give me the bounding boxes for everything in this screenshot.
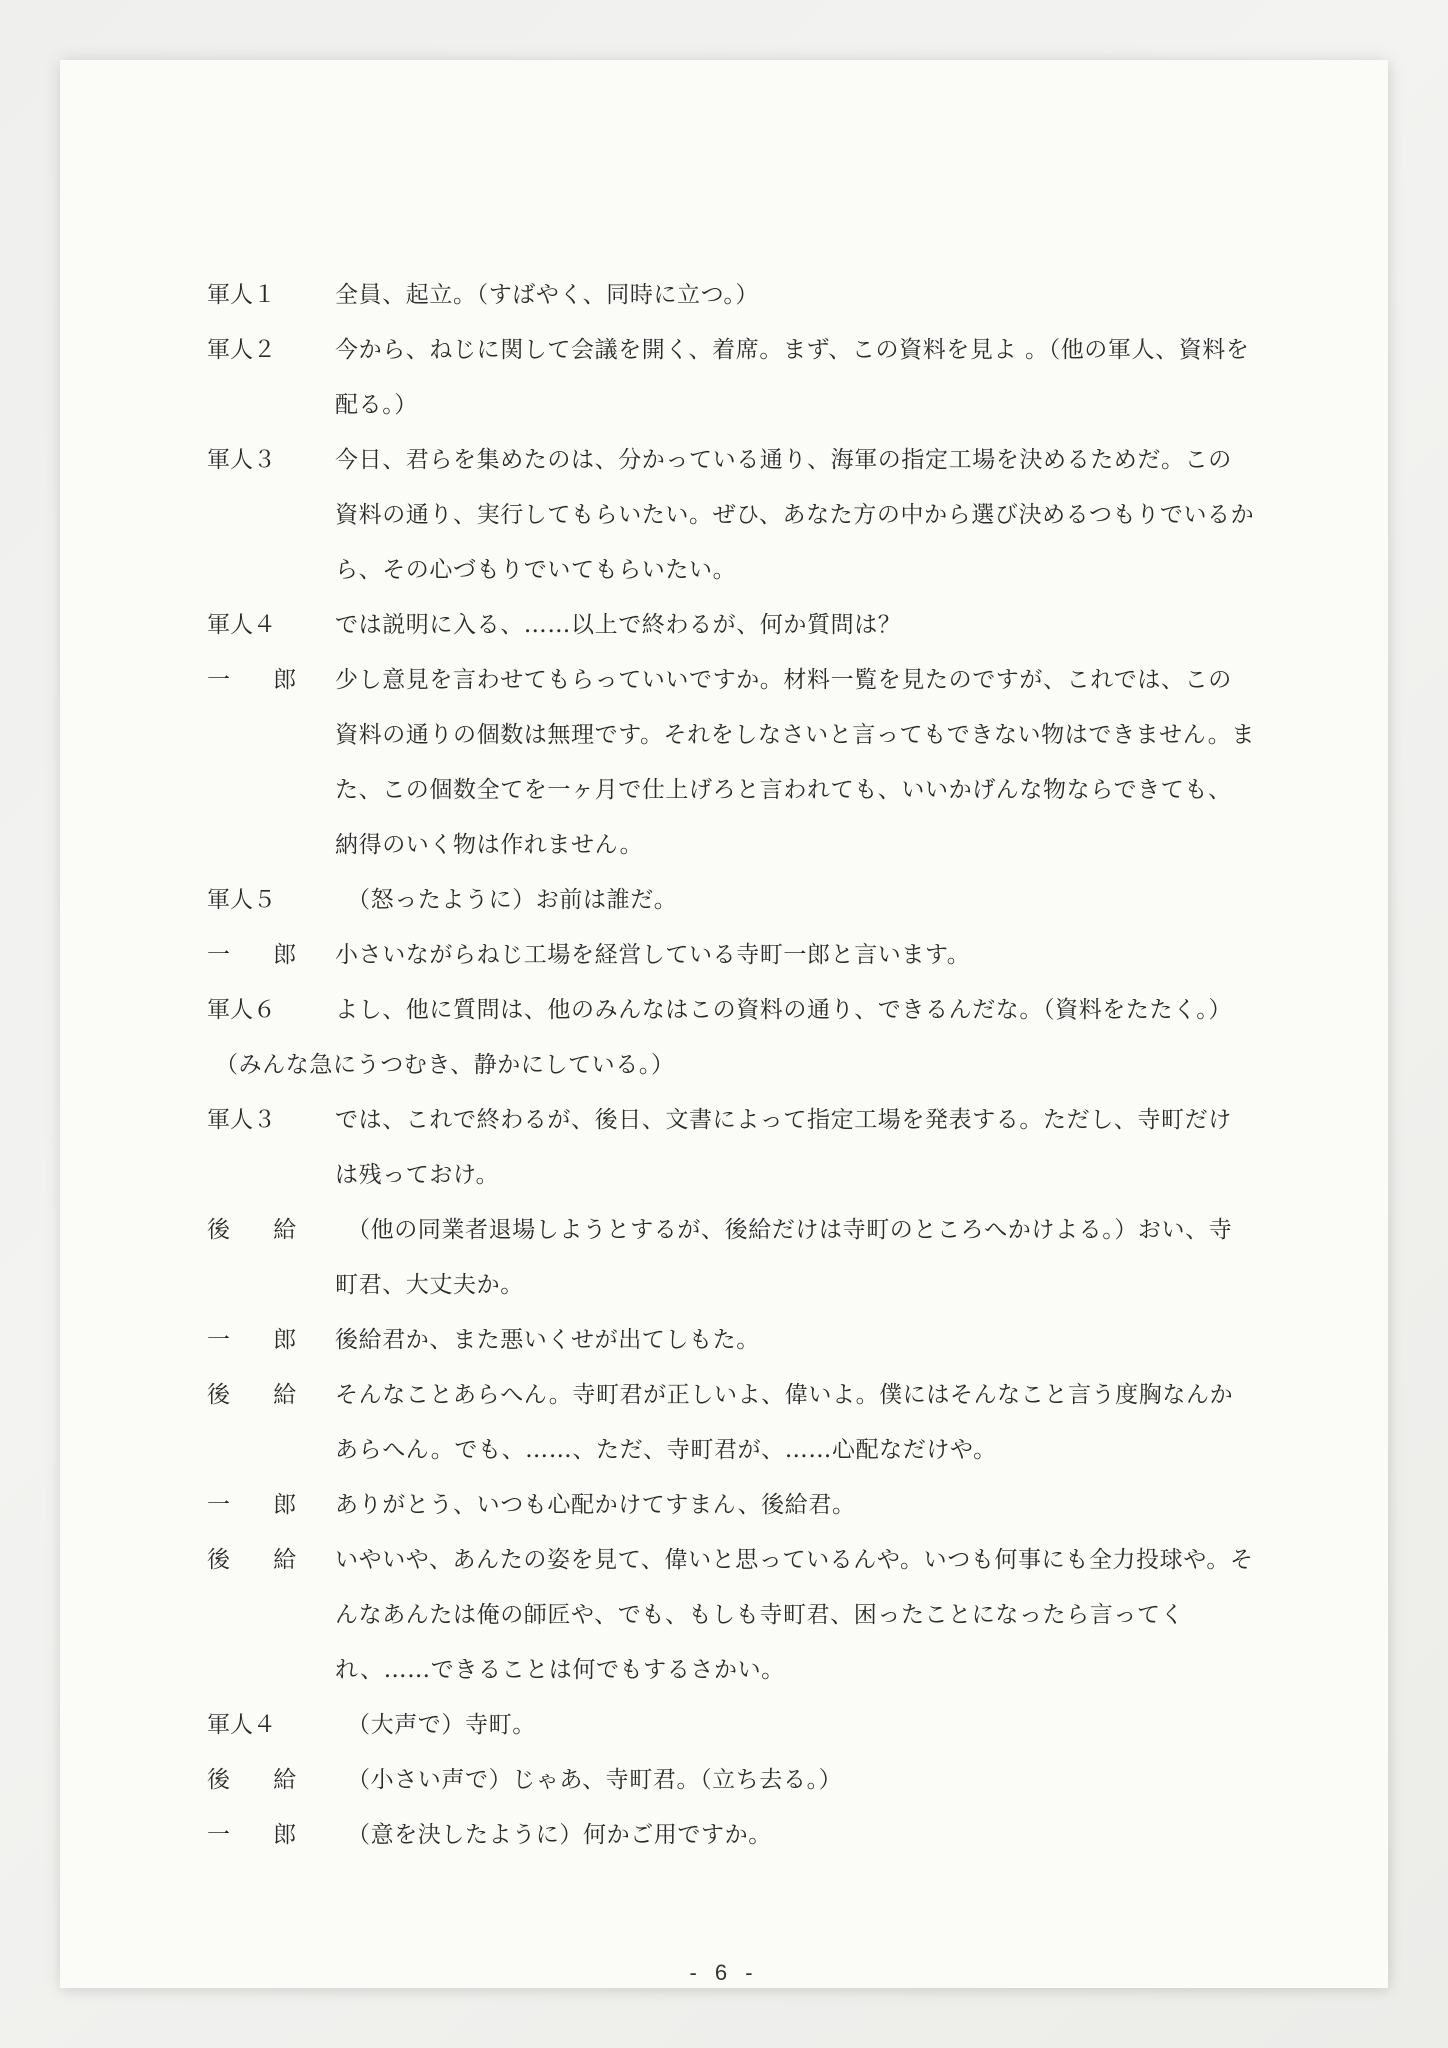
speaker-name: 後 給 xyxy=(207,1533,335,1588)
speaker-name: 軍人６ xyxy=(207,983,335,1038)
page-number: - 6 - xyxy=(60,1960,1388,1986)
speaker-name: 軍人２ xyxy=(207,323,335,378)
speaker-name: 一 郎 xyxy=(207,653,335,708)
dialogue-line: 軍人４ では説明に入る、……以上で終わるが、何か質問は？ xyxy=(207,598,1307,653)
dialogue-line: 後 給 （小さい声で）じゃあ、寺町君。（立ち去る。） xyxy=(207,1753,1307,1808)
dialogue-text: ありがとう、いつも心配かけてすまん、後給君。 xyxy=(335,1478,1255,1533)
dialogue-line: 軍人２ 今から、ねじに関して会議を開く、着席。まず、この資料を見よ 。（他の軍人… xyxy=(207,323,1307,433)
speaker-name: 後 給 xyxy=(207,1203,335,1258)
dialogue-text: （大声で）寺町。 xyxy=(335,1698,1255,1753)
speaker-name: 後 給 xyxy=(207,1368,335,1423)
speaker-name: 軍人３ xyxy=(207,1093,335,1148)
script-body: 軍人１ 全員、起立。（すばやく、同時に立つ。） 軍人２ 今から、ねじに関して会議… xyxy=(207,268,1307,1863)
speaker-name: 軍人５ xyxy=(207,873,335,928)
dialogue-line: 後 給 （他の同業者退場しようとするが、後給だけは寺町のところへかけよる。）おい… xyxy=(207,1203,1307,1313)
speaker-name: 軍人１ xyxy=(207,268,335,323)
dialogue-text: そんなことあらへん。寺町君が正しいよ、偉いよ。僕にはそんなこと言う度胸なんかあら… xyxy=(335,1368,1255,1478)
document-page: 軍人１ 全員、起立。（すばやく、同時に立つ。） 軍人２ 今から、ねじに関して会議… xyxy=(60,60,1388,1988)
speaker-name: 一 郎 xyxy=(207,1313,335,1368)
dialogue-text: いやいや、あんたの姿を見て、偉いと思っているんや。いつも何事にも全力投球や。そん… xyxy=(335,1533,1255,1698)
dialogue-text: では、これで終わるが、後日、文書によって指定工場を発表する。ただし、寺町だけは残… xyxy=(335,1093,1255,1203)
dialogue-text: 後給君か、また悪いくせが出てしもた。 xyxy=(335,1313,1255,1368)
dialogue-line: 軍人５ （怒ったように）お前は誰だ。 xyxy=(207,873,1307,928)
dialogue-line: 軍人４ （大声で）寺町。 xyxy=(207,1698,1307,1753)
dialogue-text: よし、他に質問は、他のみんなはこの資料の通り、できるんだな。（資料をたたく。） xyxy=(335,983,1255,1038)
dialogue-line: 後 給 そんなことあらへん。寺町君が正しいよ、偉いよ。僕にはそんなこと言う度胸な… xyxy=(207,1368,1307,1478)
dialogue-line: 軍人１ 全員、起立。（すばやく、同時に立つ。） xyxy=(207,268,1307,323)
speaker-name: 後 給 xyxy=(207,1753,335,1808)
speaker-name: 一 郎 xyxy=(207,1808,335,1863)
dialogue-line: 後 給 いやいや、あんたの姿を見て、偉いと思っているんや。いつも何事にも全力投球… xyxy=(207,1533,1307,1698)
dialogue-line: 一 郎 （意を決したように）何かご用ですか。 xyxy=(207,1808,1307,1863)
speaker-name: 軍人４ xyxy=(207,1698,335,1753)
dialogue-line: 一 郎 小さいながらねじ工場を経営している寺町一郎と言います。 xyxy=(207,928,1307,983)
dialogue-text: 少し意見を言わせてもらっていいですか。材料一覧を見たのですが、これでは、この資料… xyxy=(335,653,1255,873)
dialogue-text: 全員、起立。（すばやく、同時に立つ。） xyxy=(335,268,1255,323)
stage-direction: （みんな急にうつむき、静かにしている。） xyxy=(207,1038,1307,1093)
dialogue-line: 一 郎 後給君か、また悪いくせが出てしもた。 xyxy=(207,1313,1307,1368)
speaker-name: 軍人４ xyxy=(207,598,335,653)
dialogue-text: （小さい声で）じゃあ、寺町君。（立ち去る。） xyxy=(335,1753,1255,1808)
speaker-name: 軍人３ xyxy=(207,433,335,488)
dialogue-line: 軍人３ では、これで終わるが、後日、文書によって指定工場を発表する。ただし、寺町… xyxy=(207,1093,1307,1203)
dialogue-line: 一 郎 少し意見を言わせてもらっていいですか。材料一覧を見たのですが、これでは、… xyxy=(207,653,1307,873)
dialogue-line: 軍人６ よし、他に質問は、他のみんなはこの資料の通り、できるんだな。（資料をたた… xyxy=(207,983,1307,1038)
dialogue-text: 今日、君らを集めたのは、分かっている通り、海軍の指定工場を決めるためだ。この資料… xyxy=(335,433,1255,598)
speaker-name: 一 郎 xyxy=(207,928,335,983)
dialogue-text: （意を決したように）何かご用ですか。 xyxy=(335,1808,1255,1863)
dialogue-line: 一 郎 ありがとう、いつも心配かけてすまん、後給君。 xyxy=(207,1478,1307,1533)
dialogue-text: では説明に入る、……以上で終わるが、何か質問は？ xyxy=(335,598,1255,653)
dialogue-text: （他の同業者退場しようとするが、後給だけは寺町のところへかけよる。）おい、寺町君… xyxy=(335,1203,1255,1313)
dialogue-text: 小さいながらねじ工場を経営している寺町一郎と言います。 xyxy=(335,928,1255,983)
dialogue-text: （怒ったように）お前は誰だ。 xyxy=(335,873,1255,928)
speaker-name: 一 郎 xyxy=(207,1478,335,1533)
dialogue-line: 軍人３ 今日、君らを集めたのは、分かっている通り、海軍の指定工場を決めるためだ。… xyxy=(207,433,1307,598)
dialogue-text: 今から、ねじに関して会議を開く、着席。まず、この資料を見よ 。（他の軍人、資料を… xyxy=(335,323,1255,433)
